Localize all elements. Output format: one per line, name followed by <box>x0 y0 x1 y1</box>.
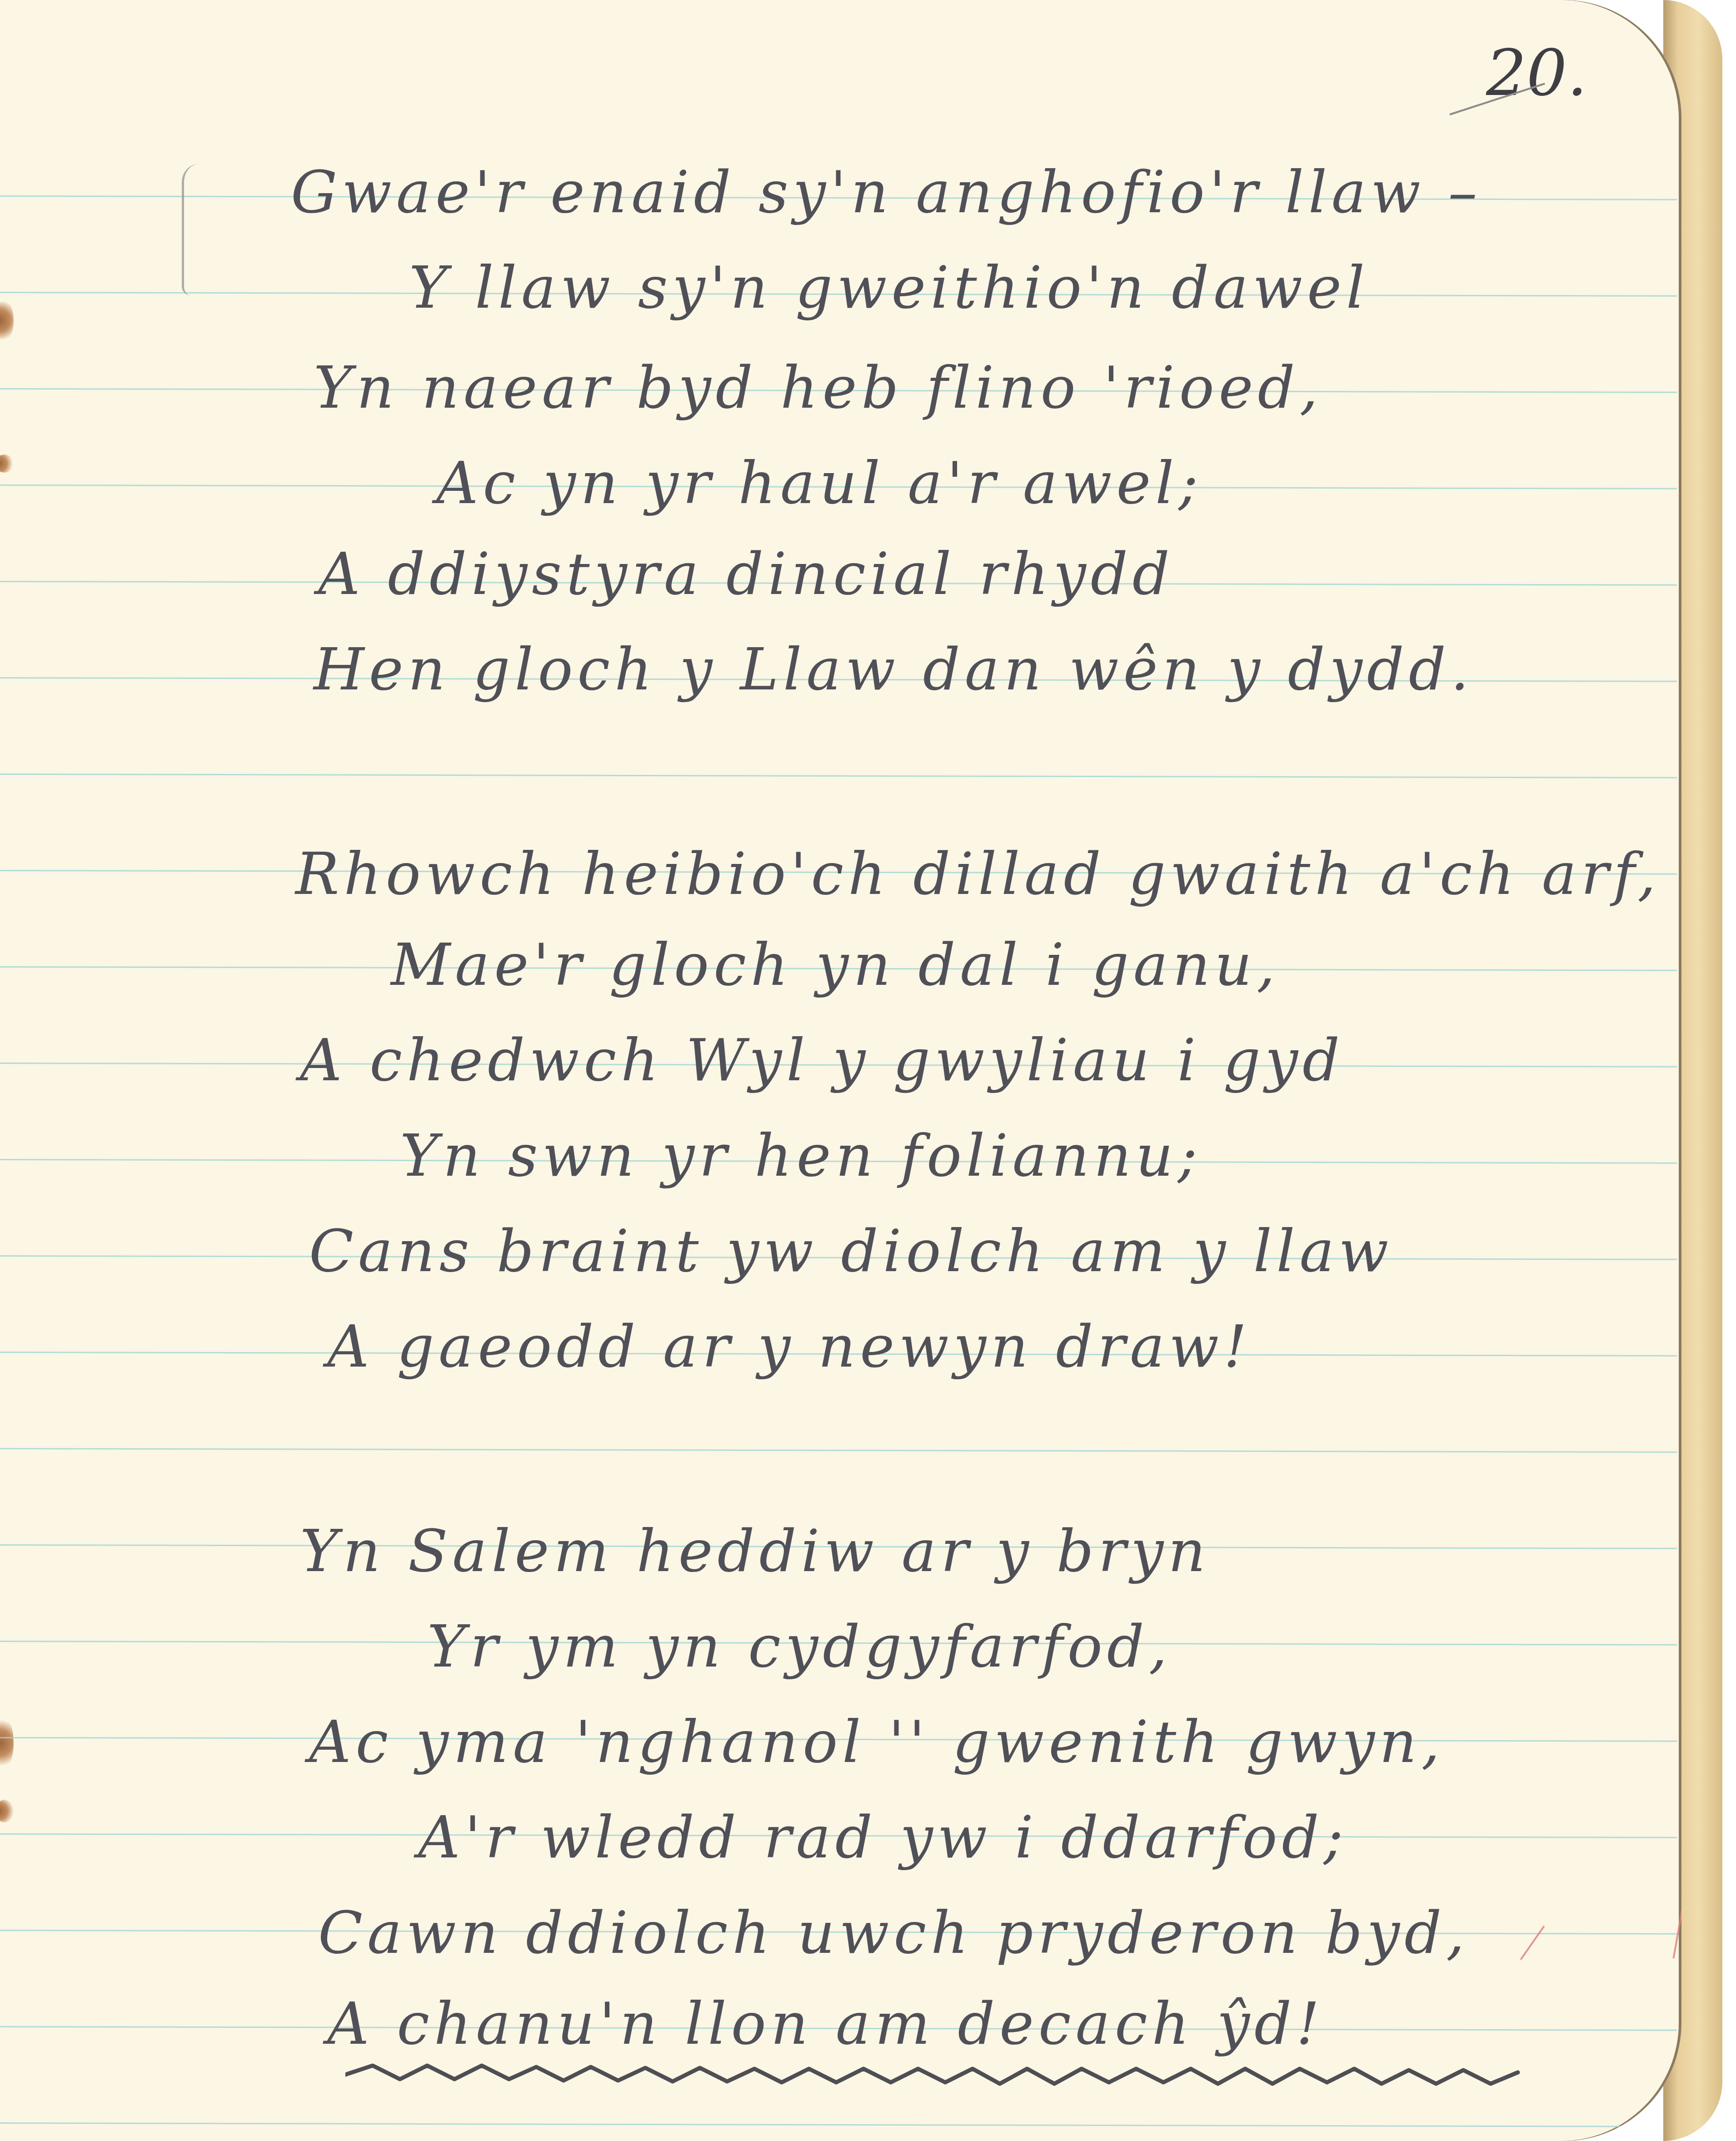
poem-line: Mae'r gloch yn dal i ganu, <box>391 936 1280 994</box>
poem-line: A'r wledd rad yw i ddarfod; <box>418 1809 1348 1867</box>
poem-line: A chanu'n llon am decach ŷd! <box>327 1995 1324 2053</box>
red-pencil-mark <box>1520 1926 1545 1960</box>
poem-line: Y llaw sy'n gweithio'n dawel <box>409 259 1369 317</box>
poem-line: Yn Salem heddiw ar y bryn <box>300 1522 1210 1581</box>
margin-bracket-mark <box>182 164 202 295</box>
rust-stain <box>0 1718 14 1768</box>
poem-line: A ddiystyra dincial rhydd <box>318 545 1174 604</box>
poem-line: Rhowch heibio'ch dillad gwaith a'ch arf, <box>295 845 1661 903</box>
rust-stain <box>0 300 14 341</box>
poem-line: Yn naear byd heb flino 'rioed, <box>314 359 1322 417</box>
closing-flourish <box>345 2059 1527 2091</box>
poem-line: Hen gloch y Llaw dan wên y dydd. <box>314 641 1473 699</box>
poem-line: Yn swn yr hen foliannu; <box>400 1127 1202 1185</box>
rust-stain <box>0 454 14 473</box>
notebook-page: 20. Gwae'r enaid sy'n anghofio'r llaw – … <box>0 0 1681 2141</box>
ruled-line <box>0 1448 1677 1453</box>
ruled-line <box>0 2122 1677 2127</box>
poem-line: Yr ym yn cydgyfarfod, <box>427 1618 1172 1676</box>
ruled-line <box>0 774 1677 779</box>
rust-stain <box>0 1800 14 1822</box>
poem-line: Gwae'r enaid sy'n anghofio'r llaw – <box>291 164 1482 222</box>
poem-line: Cawn ddiolch uwch pryderon byd, <box>318 1904 1469 1962</box>
poem-line: Ac yn yr haul a'r awel; <box>436 454 1202 513</box>
poem-line: A chedwch Wyl y gwyliau i gyd <box>300 1032 1344 1090</box>
page-number: 20. <box>1486 36 1587 110</box>
notebook-scan: 20. Gwae'r enaid sy'n anghofio'r llaw – … <box>0 0 1736 2141</box>
poem-line: A gaeodd ar y newyn draw! <box>327 1318 1252 1376</box>
poem-line: Cans braint yw diolch am y llaw <box>309 1223 1393 1281</box>
poem-line: Ac yma 'nghanol '' gwenith gwyn, <box>309 1713 1444 1772</box>
